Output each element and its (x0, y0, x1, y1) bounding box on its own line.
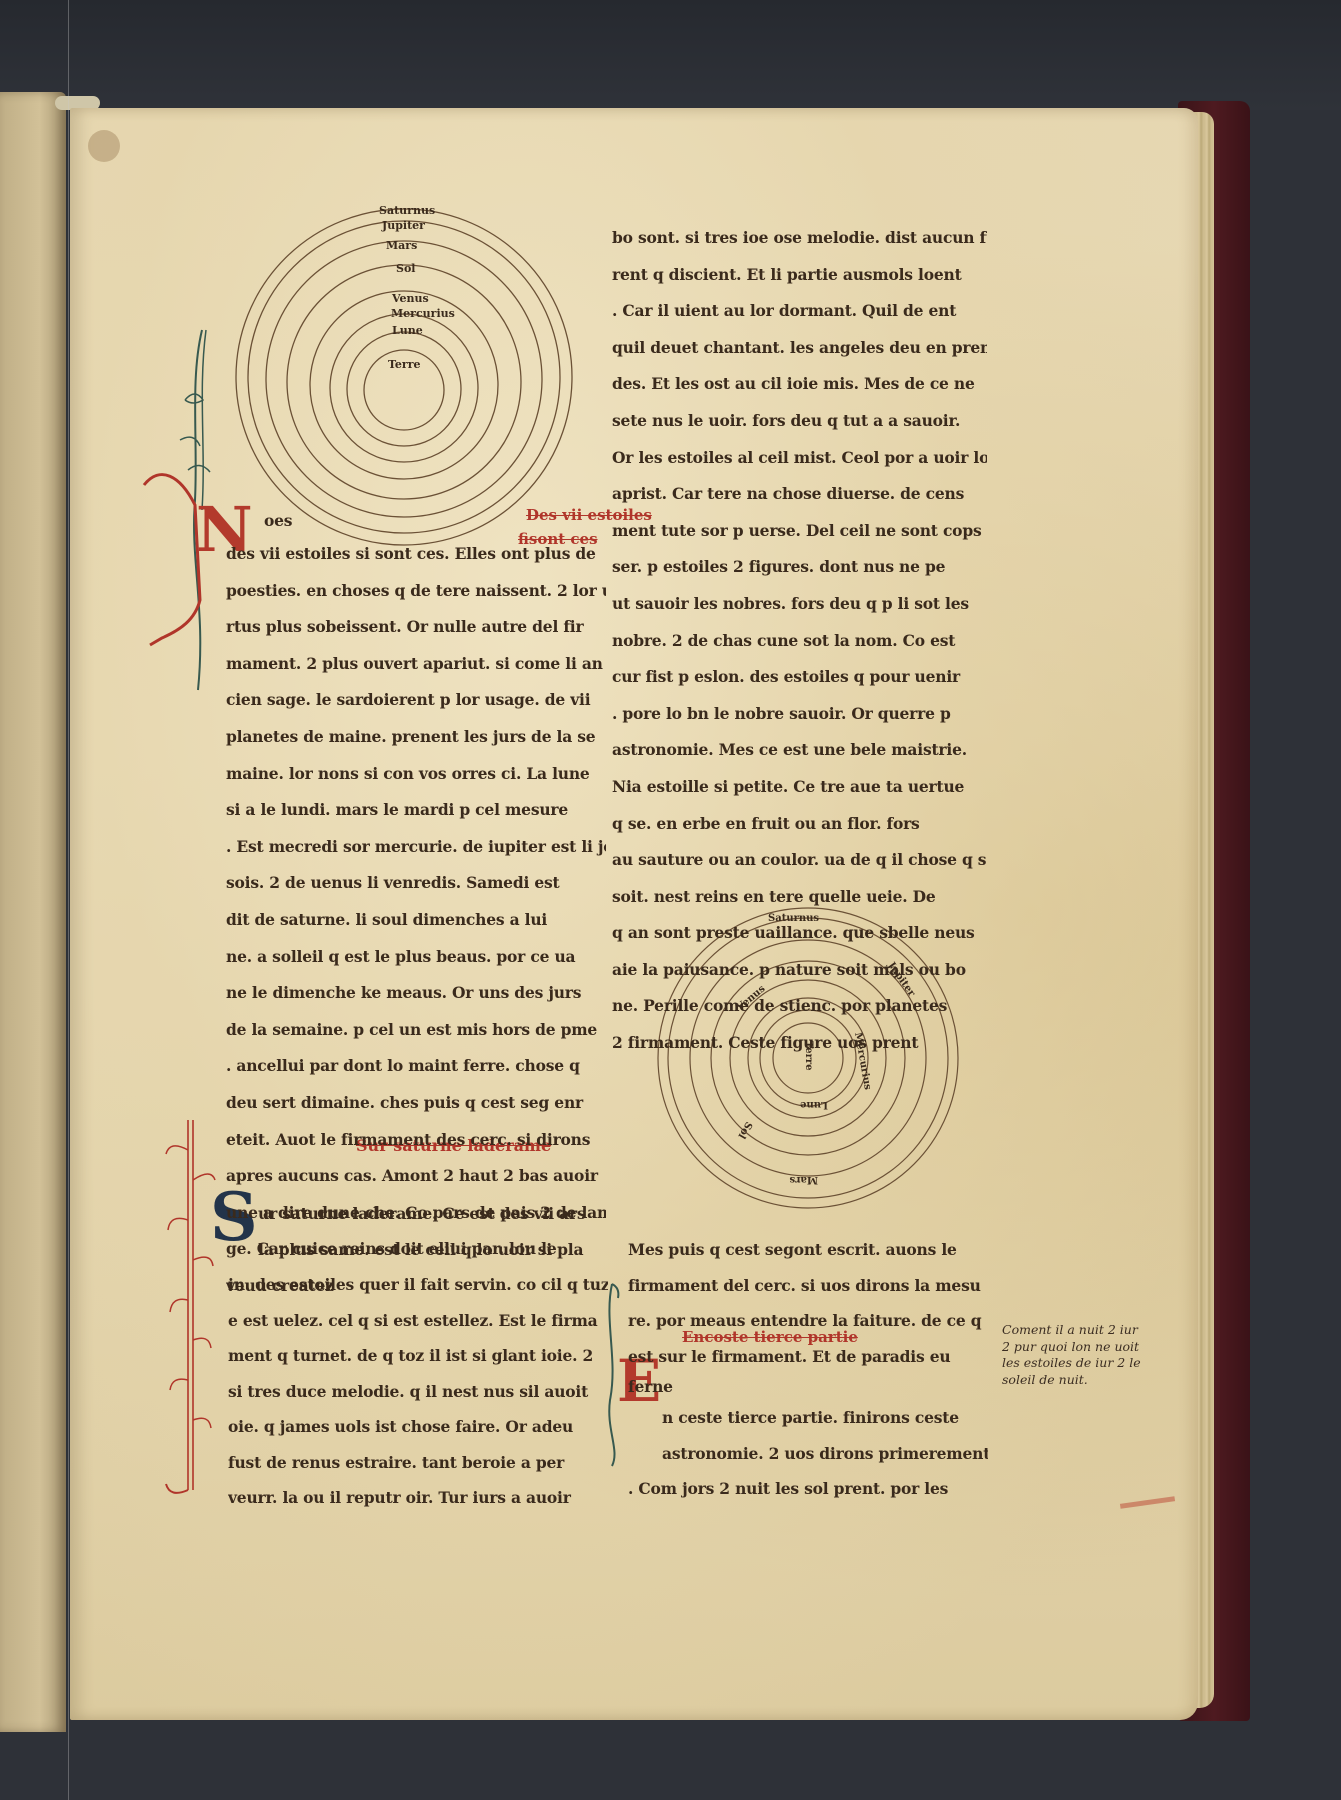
text-line: . pore lo bn le nobre sauoir. Or querre … (612, 696, 987, 733)
facing-page-edge (0, 92, 66, 1732)
text-line: ur saturne laderame. Ce est des vii ars (228, 1196, 608, 1232)
text-line: q se. en erbe en fruit ou an flor. fors (612, 806, 987, 843)
label-lune: Lune (392, 324, 423, 337)
text-line: astronomie. Mes ce est une bele maistrie… (612, 732, 987, 769)
text-line: dit de saturne. li soul dimenches a lui (226, 902, 606, 939)
text-line: ut sauoir les nobres. fors deu q p li so… (612, 586, 987, 623)
text-line: q an sont preste uaillance. que sbelle n… (612, 915, 987, 952)
text-line: re. por meaus entendre la faiture. de ce… (628, 1303, 988, 1339)
text-line: la plus same. est le ceil q lo uoir si p… (228, 1232, 608, 1268)
label-jupiter: Jupiter (381, 219, 425, 232)
text-line: ment tute sor p uerse. Del ceil ne sont … (612, 513, 987, 550)
margin-line: soleil de nuit. (1002, 1372, 1192, 1389)
text-line: Or les estoiles al ceil mist. Ceol por a… (612, 440, 987, 477)
text-line: sois. 2 de uenus li venredis. Samedi est (226, 865, 606, 902)
text-line: quil deuet chantant. les angeles deu en … (612, 330, 987, 367)
label-mars: Mars (386, 239, 417, 252)
text-column-left-lower: ur saturne laderame. Ce est des vii ars … (228, 1196, 608, 1516)
text-line: . Est mecredi sor mercurie. de iupiter e… (226, 829, 606, 866)
text-line: aprist. Car tere na chose diuerse. de ce… (612, 476, 987, 513)
text-line: mament. 2 plus ouvert apariut. si come l… (226, 646, 606, 683)
text-line: ne. Perille come de stienc. por planetes (612, 988, 987, 1025)
text-line: veurr. la ou il reputr oir. Tur iurs a a… (228, 1480, 608, 1516)
text-line: rtus plus sobeissent. Or nulle autre del… (226, 609, 606, 646)
text-line: bo sont. si tres ioe ose melodie. dist a… (612, 220, 987, 257)
text-line: e est uelez. cel q si est estellez. Est … (228, 1303, 608, 1339)
text-line: maine. lor nons si con vos orres ci. La … (226, 756, 606, 793)
text-line: oie. q james uols ist chose faire. Or ad… (228, 1409, 608, 1445)
text-line: aie la paiusance. p nature soit mals ou … (612, 952, 987, 989)
text-line: poesties. en choses q de tere naissent. … (226, 573, 606, 610)
text-line: ne. a solleil q est le plus beaus. por c… (226, 939, 606, 976)
text-line: Nia estoille si petite. Ce tre aue ta ue… (612, 769, 987, 806)
text-line: cur fist p eslon. des estoiles q pour ue… (612, 659, 987, 696)
text-line: . Car il uient au lor dormant. Quil de e… (612, 293, 987, 330)
text-line: planetes de maine. prenent les jurs de l… (226, 719, 606, 756)
text-line: fust de renus estraire. tant beroie a pe… (228, 1445, 608, 1481)
text-line: ser. p estoiles 2 figures. dont nus ne p… (612, 549, 987, 586)
text-line: nobre. 2 de chas cune sot la nom. Co est (612, 623, 987, 660)
text-line: firmament del cerc. si uos dirons la mes… (628, 1268, 988, 1304)
marginal-annotation: Coment il a nuit 2 iur 2 pur quoi lon ne… (1002, 1322, 1192, 1388)
text-line: ment q turnet. de q toz il ist si glant … (228, 1338, 608, 1374)
text-line: . Com jors 2 nuit les sol prent. por les (628, 1471, 988, 1507)
label-saturnus: Saturnus (379, 204, 435, 217)
text-line: rent q discient. Et li partie ausmols lo… (612, 257, 987, 294)
text-line: apres aucuns cas. Amont 2 haut 2 bas auo… (226, 1158, 606, 1195)
text-line: si a le lundi. mars le mardi p cel mesur… (226, 792, 606, 829)
text-line: des. Et les ost au cil ioie mis. Mes de … (612, 366, 987, 403)
text-line: des vii estoiles si sont ces. Elles ont … (226, 536, 606, 573)
margin-line: Coment il a nuit 2 iur (1002, 1322, 1192, 1339)
text-line: 2 firmament. Ceste figure uos prent (612, 1025, 987, 1062)
label-mars: Mars (789, 1174, 818, 1185)
gutter-line (68, 0, 69, 1800)
label-mercurius: Mercurius (391, 307, 455, 320)
text-line: in. des estoiles quer il fait servin. co… (228, 1267, 608, 1303)
label-lune: Lune (800, 1099, 828, 1110)
label-venus: Venus (391, 292, 429, 305)
text-line: Mes puis q cest segont escrit. auons le (628, 1232, 988, 1268)
text-column-left-upper: oes des vii estoiles si sont ces. Elles … (226, 506, 606, 1304)
stain-mark (88, 130, 120, 162)
text-line: ne le dimenche ke meaus. Or uns des jurs (226, 975, 606, 1012)
text-line: si tres duce melodie. q il nest nus sil … (228, 1374, 608, 1410)
label-sol: Sol (396, 262, 415, 275)
text-line: astronomie. 2 uos dirons primerement (628, 1436, 988, 1472)
text-line: n ceste tierce partie. finirons ceste (628, 1400, 988, 1436)
text-line: . ancellui par dont lo maint ferre. chos… (226, 1048, 606, 1085)
label-terre: Terre (388, 358, 421, 371)
text-line: de la semaine. p cel un est mis hors de … (226, 1012, 606, 1049)
text-line: deu sert dimaine. ches puis q cest seg e… (226, 1085, 606, 1122)
text-line: sete nus le uoir. fors deu q tut a a sau… (612, 403, 987, 440)
text-line: oes (226, 506, 606, 536)
initial-s-flourish (160, 1110, 220, 1500)
text-column-right-upper: bo sont. si tres ioe ose melodie. dist a… (612, 220, 987, 1062)
text-line: au sauture ou an coulor. ua de q il chos… (612, 842, 987, 879)
text-line: ferne (628, 1374, 988, 1400)
margin-line: 2 pur quoi lon ne uoit (1002, 1339, 1192, 1356)
text-line: est sur le firmament. Et de paradis eu (628, 1339, 988, 1375)
text-line: soit. nest reins en tere quelle ueie. De (612, 879, 987, 916)
backdrop (0, 0, 1341, 110)
text-line: eteit. Auot le firmament des cerc. si di… (226, 1122, 606, 1159)
text-column-right-lower: Mes puis q cest segont escrit. auons le … (628, 1232, 988, 1507)
margin-line: les estoiles de iur 2 le (1002, 1355, 1192, 1372)
text-line: cien sage. le sardoierent p lor usage. d… (226, 682, 606, 719)
cosmos-diagram-upper: Saturnus Jupiter Mars Sol Venus Mercuriu… (214, 192, 574, 552)
